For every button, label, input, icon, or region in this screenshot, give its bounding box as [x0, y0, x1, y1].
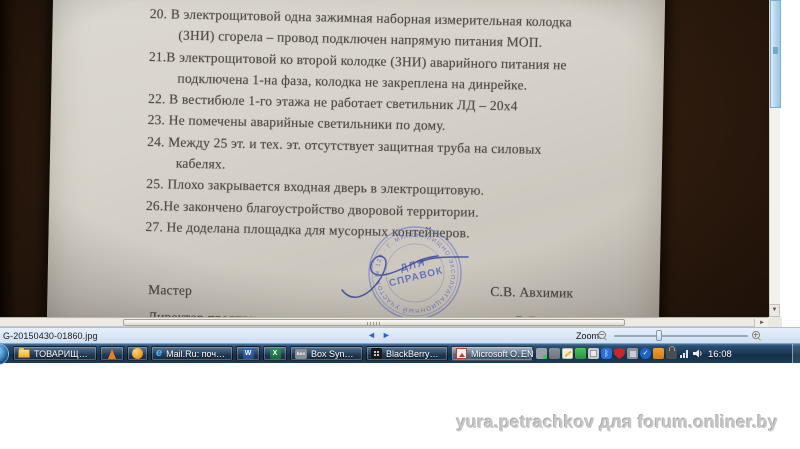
update-ok-icon[interactable]: ✓ [640, 348, 651, 359]
taskbar-button-excel[interactable]: X [263, 346, 287, 361]
lock-icon[interactable] [666, 348, 677, 359]
horizontal-scrollbar-thumb[interactable] [123, 319, 625, 326]
taskbar-button-label: Microsoft Office... [471, 349, 528, 359]
blackberry-icon [371, 348, 382, 359]
antivirus-icon[interactable] [575, 348, 586, 359]
image-navigation: ◄► [364, 330, 394, 340]
zoom-slider-thumb[interactable] [656, 330, 662, 341]
image-viewer-canvas: 20. В электрощитовой одна зажимная набор… [0, 0, 769, 317]
folder-icon [18, 349, 30, 358]
zoom-slider-track[interactable] [614, 335, 748, 337]
excel-icon: X [270, 348, 281, 359]
round-stamp: ЖИЛИЩНО-ЭКСПЛУАТАЦИОННЫЙ УЧАСТОК № 129 ·… [360, 218, 470, 317]
taskbar-button-explorer[interactable]: ТОВАРИЩЕСТВО [13, 346, 97, 361]
security-shield-icon[interactable] [614, 348, 625, 359]
scroll-down-button[interactable]: ▼ [769, 304, 780, 317]
box-sync-icon[interactable] [549, 348, 560, 359]
next-image-icon[interactable]: ► [382, 330, 391, 340]
zoom-in-icon[interactable] [752, 331, 760, 339]
windows-taskbar: ТОВАРИЩЕСТВО e Mail.Ru: почта, ... W X b… [0, 343, 800, 363]
taskbar-buttons: ТОВАРИЩЕСТВО e Mail.Ru: почта, ... W X b… [13, 346, 533, 361]
taskbar-button-mailru[interactable]: e Mail.Ru: почта, ... [151, 346, 233, 361]
status-bar: G-20150430-01860.jpg ◄► Zoom: [0, 327, 800, 343]
taskbar-button-label: Box Sync Login [311, 349, 358, 359]
forum-watermark: yura.petrachkov для forum.onliner.by [456, 412, 778, 433]
filename-label: G-20150430-01860.jpg [3, 331, 98, 341]
system-tray: ᛒ ✓ [536, 348, 703, 359]
word-icon: W [243, 348, 254, 359]
horizontal-scrollbar-track[interactable]: ► [0, 317, 769, 327]
taskbar-button-blackberry[interactable]: BlackBerry® Des... [366, 346, 448, 361]
language-indicator[interactable]: EN [521, 349, 534, 359]
vlc-cone-icon [108, 349, 116, 359]
orange-app-icon [132, 348, 143, 359]
taskbar-button-orange-app[interactable] [127, 346, 148, 361]
picture-manager-icon [456, 348, 467, 359]
taskbar-button-label: Mail.Ru: почта, ... [166, 349, 228, 359]
show-desktop-button[interactable] [792, 344, 800, 363]
bluetooth-icon[interactable]: ᛒ [601, 348, 612, 359]
taskbar-button-label: BlackBerry® Des... [386, 349, 443, 359]
notes-icon[interactable] [562, 348, 573, 359]
scroll-right-button[interactable]: ► [754, 319, 769, 327]
previous-image-icon[interactable]: ◄ [367, 330, 376, 340]
system-badge-icon[interactable] [627, 348, 638, 359]
taskbar-button-label: ТОВАРИЩЕСТВО [34, 349, 92, 359]
master-label: Мастер [148, 279, 192, 301]
director-name: В.Е. К [515, 310, 553, 317]
scrollbar-corner [768, 317, 782, 327]
start-button[interactable] [0, 343, 9, 365]
master-name: С.В. Авхимик [490, 281, 573, 304]
storage-box-icon[interactable] [653, 348, 664, 359]
vertical-scrollbar-track[interactable] [769, 0, 780, 317]
taskbar-clock[interactable]: 16:08 [708, 349, 732, 360]
vertical-scrollbar-thumb[interactable] [770, 0, 781, 108]
usb-device-icon[interactable] [536, 348, 547, 359]
taskbar-button-box-sync[interactable]: box Box Sync Login [290, 346, 363, 361]
taskbar-button-word[interactable]: W [236, 346, 260, 361]
volume-icon[interactable] [692, 348, 703, 359]
network-signal-icon[interactable] [679, 348, 690, 359]
box-icon: box [295, 349, 307, 359]
director-label: Директор предприятия [147, 306, 283, 317]
internet-explorer-icon: e [156, 348, 162, 359]
taskbar-button-vlc[interactable] [100, 346, 124, 361]
clipboard-icon[interactable] [588, 348, 599, 359]
zoom-out-icon[interactable] [598, 331, 606, 339]
